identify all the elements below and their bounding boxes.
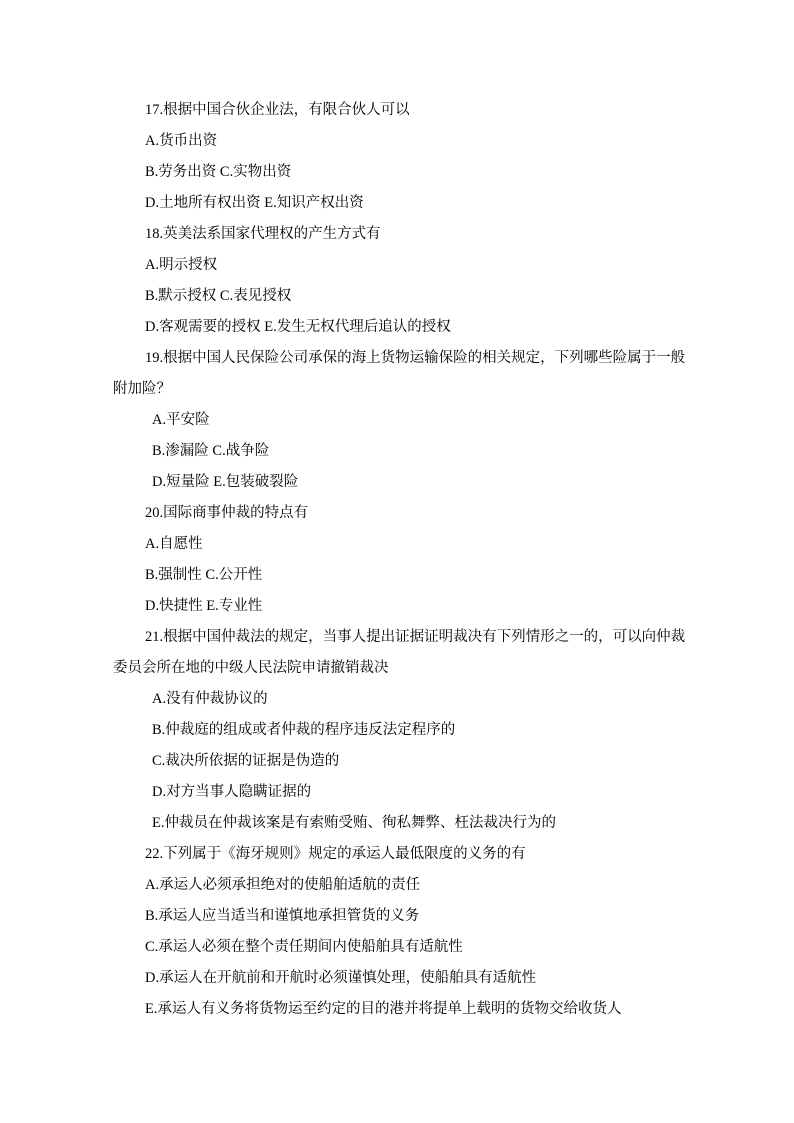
question-18-stem: 18.英美法系国家代理权的产生方式有 [113,219,693,250]
question-17-option-line-bc: B.劳务出资 C.实物出资 [113,157,693,188]
question-17-stem: 17.根据中国合伙企业法，有限合伙人可以 [113,95,693,126]
question-19-option-line-de: D.短量险 E.包装破裂险 [113,467,693,498]
question-20-option-line-de: D.快捷性 E.专业性 [113,591,693,622]
question-17-option-line-a: A.货币出资 [113,126,693,157]
question-22-option-line-d: D.承运人在开航前和开航时必须谨慎处理，使船舶具有适航性 [113,963,693,994]
question-21-option-line-e: E.仲裁员在仲裁该案是有索贿受贿、徇私舞弊、枉法裁决行为的 [113,808,693,839]
question-22-option-line-b: B.承运人应当适当和谨慎地承担管货的义务 [113,901,693,932]
document-page: 17.根据中国合伙企业法，有限合伙人可以 A.货币出资 B.劳务出资 C.实物出… [0,0,794,1123]
question-18-option-line-a: A.明示授权 [113,250,693,281]
question-22-stem: 22.下列属于《海牙规则》规定的承运人最低限度的义务的有 [113,839,693,870]
question-20-option-line-a: A.自愿性 [113,529,693,560]
question-21-stem: 21.根据中国仲裁法的规定，当事人提出证据证明裁决有下列情形之一的，可以向仲裁委… [113,622,693,684]
question-19-option-line-a: A.平安险 [113,405,693,436]
question-21-option-line-c: C.裁决所依据的证据是伪造的 [113,746,693,777]
document-body: { "page": { "background_color": "#ffffff… [0,0,794,1123]
question-19-option-line-bc: B.渗漏险 C.战争险 [113,436,693,467]
question-21-option-line-d: D.对方当事人隐瞒证据的 [113,777,693,808]
question-18-option-line-bc: B.默示授权 C.表见授权 [113,281,693,312]
question-18-option-line-de: D.客观需要的授权 E.发生无权代理后追认的授权 [113,312,693,343]
question-20-option-line-bc: B.强制性 C.公开性 [113,560,693,591]
question-21-option-line-b: B.仲裁庭的组成或者仲裁的程序违反法定程序的 [113,715,693,746]
question-22-option-line-a: A.承运人必须承担绝对的使船舶适航的责任 [113,870,693,901]
question-17-option-line-de: D.土地所有权出资 E.知识产权出资 [113,188,693,219]
question-21-option-line-a: A.没有仲裁协议的 [113,684,693,715]
question-22-option-line-c: C.承运人必须在整个责任期间内使船舶具有适航性 [113,932,693,963]
question-19-stem: 19.根据中国人民保险公司承保的海上货物运输保险的相关规定，下列哪些险属于一般附… [113,343,693,405]
question-20-stem: 20.国际商事仲裁的特点有 [113,498,693,529]
question-22-option-line-e: E.承运人有义务将货物运至约定的目的港并将提单上载明的货物交给收货人 [113,994,693,1025]
